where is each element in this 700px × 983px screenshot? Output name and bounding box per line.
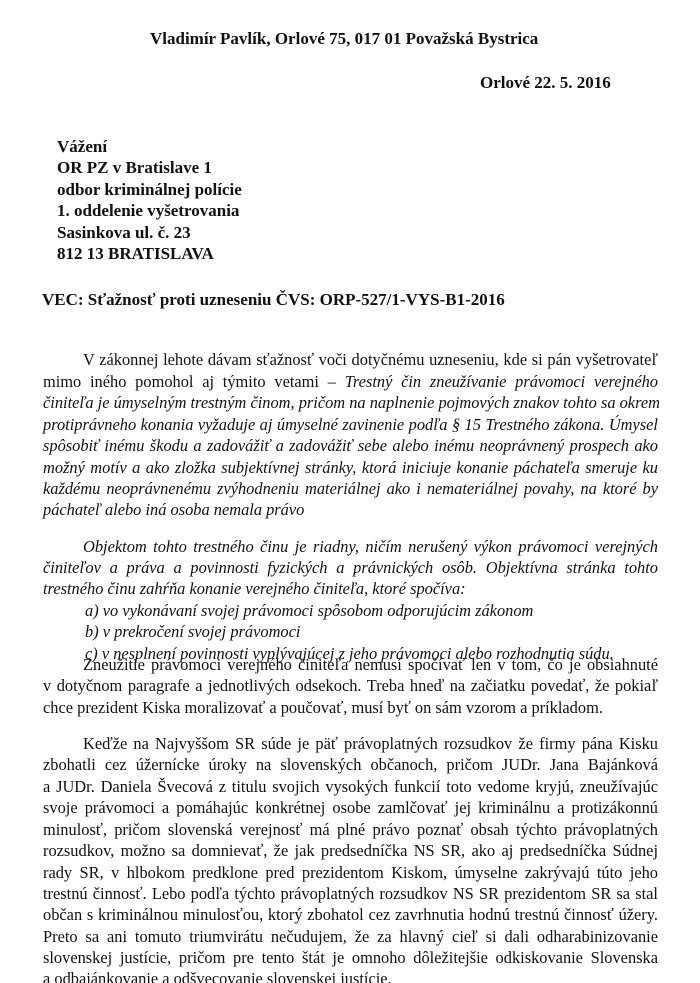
text-line: občan s kriminálnou minulosťou, ktorý zb… [43,905,658,925]
sender-address: Vladimír Pavlík, Orlové 75, 017 01 Považ… [150,29,538,49]
recipient-line: Sasinkova ul. č. 23 [57,222,191,243]
text-line: činiteľa je úmyselným trestným činom, pr… [43,393,658,413]
text-span: mimo iného pomohol aj týmito vetami – [43,372,345,391]
text-line: a JUDr. Daniela Švecová z titulu svojich… [43,777,658,797]
subject-line: VEC: Sťažnosť proti uzneseniu ČVS: ORP-5… [42,290,505,310]
text-line: každému neoprávnenému zvýhodneniu materi… [43,479,658,499]
text-line: mimo iného pomohol aj týmito vetami – Tr… [43,372,658,392]
recipient-line: OR PZ v Bratislave 1 [57,157,212,178]
text-line: trestného činu zahŕňa konanie verejného … [43,579,658,599]
text-line: protiprávneho konania vyžaduje aj úmysel… [43,415,658,435]
recipient-line: odbor kriminálnej polície [57,179,242,200]
text-line: rady SR, v hlbokom predklone pred prezid… [43,863,658,883]
text-line: Objektom tohto trestného činu je riadny,… [83,537,658,557]
text-line: rozsudkov, možno sa domnievať, že jak pr… [43,841,658,861]
recipient-line: Vážení [57,136,107,157]
recipient-line: 812 13 BRATISLAVA [57,243,214,264]
text-line: možný motív a ako zložka subjektívnej st… [43,458,658,478]
text-line: minulosť, pričom slovenská verejnosť má … [43,820,658,840]
text-span-italic: Trestný čin zneužívanie právomoci verejn… [345,372,658,391]
text-line: páchateľ alebo iná osoba nemala právo [43,500,658,520]
text-line: Keďže na Najvyššom SR súde je päť právop… [83,734,658,754]
text-line: svoje právomoci a pomáhajúc konkrétnej o… [43,798,658,818]
text-line: trestnú činnosť. Lebo podľa týchto právo… [43,884,658,904]
recipient-line: 1. oddelenie vyšetrovania [57,200,239,221]
list-item: b) v prekročení svojej právomoci [85,622,300,642]
text-line: činiteľov a práva a povinnosti fyzických… [43,558,658,578]
text-line: a odbajánkovanie a odšvecovanie slovensk… [43,969,658,983]
list-item: a) vo vykonávaní svojej právomoci spôsob… [85,601,533,621]
text-line: Zneužitie právomoci verejného činiteľa n… [83,655,658,675]
place-date: Orlové 22. 5. 2016 [480,73,611,93]
text-line: slovenskej justície, pričom pre tento št… [43,948,658,968]
text-line: v dotyčnom paragrafe a jednotlivých odse… [43,676,658,696]
text-line: spôsobiť inému škodu a zadovážiť a zadov… [43,436,658,456]
text-line: Preto sa ani tomuto triumvirátu nečuduje… [43,927,658,947]
text-line: zbohatli cez úžernícke úroky na slovensk… [43,755,658,775]
text-line: chce prezident Kiska moralizovať a poučo… [43,698,658,718]
text-line: V zákonnej lehote dávam sťažnosť voči do… [83,350,658,370]
